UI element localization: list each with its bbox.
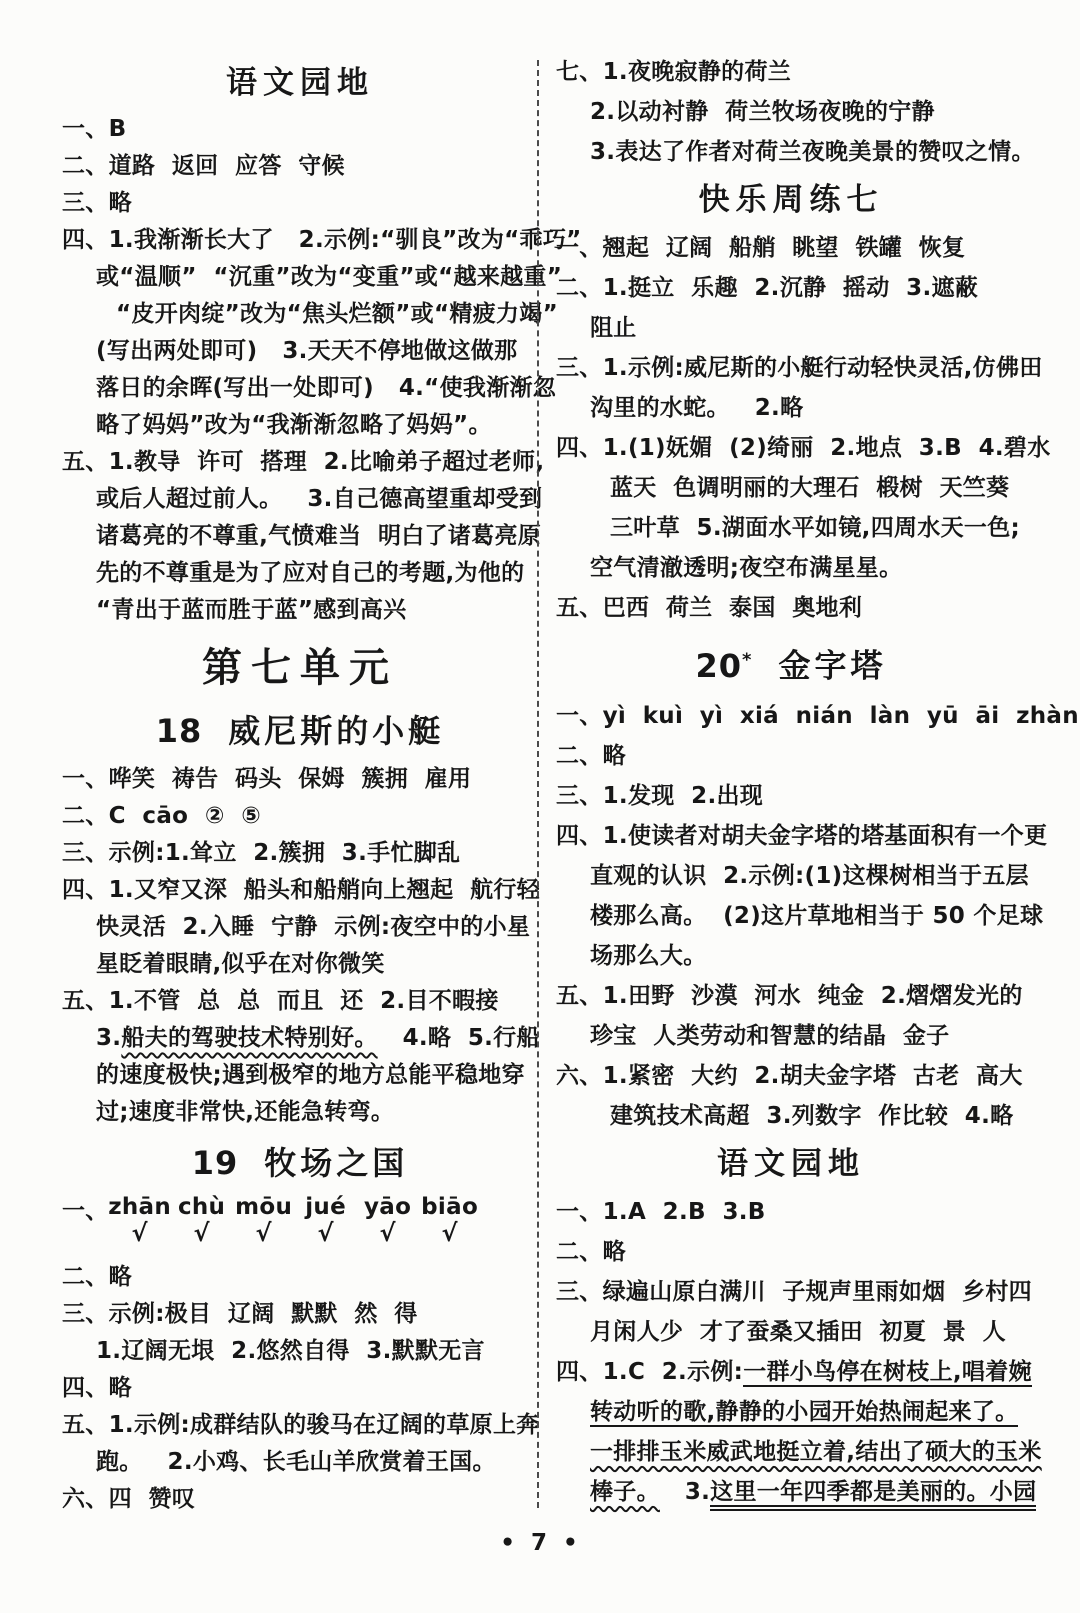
- answer-text: 3.: [96, 1025, 121, 1051]
- answer-line: 转动听的歌,静静的小园开始热闹起来了。: [556, 1392, 1026, 1432]
- answer-line: 快灵活 2.入睡 宁静 示例:夜空中的小星: [62, 909, 538, 946]
- pinyin-text: jué: [305, 1193, 346, 1221]
- answer-line: 六、四 赞叹: [62, 1481, 538, 1518]
- answer-line: 一、翘起 辽阔 船艄 眺望 铁罐 恢复: [556, 228, 1026, 268]
- answer-line: “青出于蓝而胜于蓝”感到高兴: [62, 592, 538, 629]
- answer-text: 快灵活 2.入睡 宁静 示例:夜空中的小星: [96, 914, 530, 940]
- answer-line: 六、1.紧密 大约 2.胡夫金字塔 古老 高大: [556, 1056, 1026, 1096]
- answer-text: 三、1.示例:威尼斯的小艇行动轻快灵活,仿佛田: [556, 355, 1043, 381]
- answer-text: 月闲人少 才了蚕桑又插田 初夏 景 人: [590, 1319, 1006, 1345]
- column-divider: [537, 60, 539, 1508]
- answer-text: 一、: [62, 1193, 109, 1230]
- answer-line: 星眨着眼睛,似乎在对你微笑: [62, 946, 538, 983]
- answer-text: 四、1.C 2.示例:: [556, 1359, 743, 1385]
- answer-text: 的速度极快;遇到极窄的地方总能平稳地穿: [96, 1062, 525, 1088]
- answer-text: 略了妈妈”改为“我渐渐忽略了妈妈”。: [96, 412, 492, 438]
- answer-line: 三叶草 5.湖面水平如镜,四周水天一色;: [556, 508, 1026, 548]
- pinyin-text: yāo: [364, 1193, 411, 1221]
- answer-line: 3.船夫的驾驶技术特别好。 4.略 5.行船: [62, 1020, 538, 1057]
- answer-text: 二、1.挺立 乐趣 2.沉静 摇动 3.遮蔽: [556, 275, 978, 301]
- unit-heading: 第七单元: [62, 637, 538, 699]
- checkmark-icon: √: [193, 1219, 209, 1247]
- section-heading: 语文园地: [62, 59, 538, 107]
- answer-line: 三、绿遍山原白满川 子规声里雨如烟 乡村四: [556, 1272, 1026, 1312]
- answer-text: 六、四 赞叹: [62, 1486, 195, 1512]
- answer-text: 诸葛亮的不尊重,气愤难当 明白了诸葛亮原: [96, 523, 541, 549]
- answer-line: 或后人超过前人。 3.自己德高望重却受到: [62, 481, 538, 518]
- answer-line: 棒子。 3.这里一年四季都是美丽的。小园: [556, 1472, 1026, 1512]
- answer-line: (写出两处即可) 3.天天不停地做这做那: [62, 333, 538, 370]
- answer-text: 3.: [660, 1479, 710, 1505]
- answer-text: 二、略: [556, 1239, 626, 1265]
- answer-line: 五、1.示例:成群结队的骏马在辽阔的草原上奔: [62, 1407, 538, 1444]
- answer-text: 二、C cāo ② ⑤: [62, 803, 261, 829]
- section-heading: 语文园地: [556, 1140, 1026, 1188]
- answer-text: 2.以动衬静 荷兰牧场夜晚的宁静: [590, 99, 935, 125]
- answer-line: 五、1.教导 许可 搭理 2.比喻弟子超过老师,: [62, 444, 538, 481]
- answer-line: 过;速度非常快,还能急转弯。: [62, 1094, 538, 1131]
- answer-line: 沟里的水蛇。 2.略: [556, 388, 1026, 428]
- answer-text: “青出于蓝而胜于蓝”感到高兴: [96, 597, 406, 623]
- answer-text: 四、略: [62, 1375, 132, 1401]
- answer-line: 四、1.使读者对胡夫金字塔的塔基面积有一个更: [556, 816, 1026, 856]
- answer-text: 二、略: [556, 743, 626, 769]
- answer-text: 五、巴西 荷兰 泰国 奥地利: [556, 595, 862, 621]
- answer-text: 1.辽阔无垠 2.悠然自得 3.默默无言: [96, 1338, 485, 1364]
- answer-line: 珍宝 人类劳动和智慧的结晶 金子: [556, 1016, 1026, 1056]
- answer-line: 2.以动衬静 荷兰牧场夜晚的宁静: [556, 92, 1026, 132]
- underlined-answer-text: 一排排玉米威武地挺立着,结出了硕大的玉米: [590, 1439, 1042, 1465]
- pinyin-answer-line: 一、zhān√chù√mōu√jué√yāo√biāo√: [62, 1193, 538, 1259]
- checkmark-icon: √: [441, 1219, 457, 1247]
- answer-line: 四、1.我渐渐长大了 2.示例:“驯良”改为“乖巧”: [62, 222, 538, 259]
- heading-text: 威尼斯的小艇: [228, 712, 444, 750]
- answer-text: 五、1.示例:成群结队的骏马在辽阔的草原上奔: [62, 1412, 540, 1438]
- answer-text: 四、1.又窄又深 船头和船艄向上翘起 航行轻: [62, 877, 540, 903]
- answer-line: 五、巴西 荷兰 泰国 奥地利: [556, 588, 1026, 628]
- answer-line: 一排排玉米威武地挺立着,结出了硕大的玉米: [556, 1432, 1026, 1472]
- underlined-answer-text: 小园: [990, 1479, 1037, 1511]
- answer-text: 珍宝 人类劳动和智慧的结晶 金子: [590, 1023, 949, 1049]
- answer-line: 四、1.(1)妩媚 (2)绮丽 2.地点 3.B 4.碧水: [556, 428, 1026, 468]
- answer-text: 二、略: [62, 1264, 132, 1290]
- answer-line: 1.辽阔无垠 2.悠然自得 3.默默无言: [62, 1333, 538, 1370]
- answer-text: 五、1.不管 总 总 而且 还 2.目不暇接: [62, 988, 499, 1014]
- pinyin-syllable: jué√: [295, 1193, 357, 1247]
- answer-text: 五、1.教导 许可 搭理 2.比喻弟子超过老师,: [62, 449, 544, 475]
- footer-page-number: 7: [531, 1530, 549, 1556]
- heading-text: 第七单元: [202, 645, 398, 691]
- pinyin-text: chù: [178, 1193, 225, 1221]
- answer-line: 四、1.又窄又深 船头和船艄向上翘起 航行轻: [62, 872, 538, 909]
- answer-line: 三、示例:1.耸立 2.簇拥 3.手忙脚乱: [62, 835, 538, 872]
- answer-line: 一、1.A 2.B 3.B: [556, 1192, 1026, 1232]
- answer-line: 二、1.挺立 乐趣 2.沉静 摇动 3.遮蔽: [556, 268, 1026, 308]
- answer-text: 三、1.发现 2.出现: [556, 783, 763, 809]
- answer-line: 先的不尊重是为了应对自己的考题,为他的: [62, 555, 538, 592]
- answer-line: 楼那么高。 (2)这片草地相当于 50 个足球: [556, 896, 1026, 936]
- answer-text: 三、示例:1.耸立 2.簇拥 3.手忙脚乱: [62, 840, 460, 866]
- checkmark-icon: √: [131, 1219, 147, 1247]
- answer-line: 四、略: [62, 1370, 538, 1407]
- lesson-number: 19: [192, 1144, 239, 1182]
- asterisk-mark: *: [742, 649, 752, 670]
- answer-line: 七、1.夜晚寂静的荷兰: [556, 52, 1026, 92]
- answer-key-page: 语文园地一、B二、道路 返回 应答 守候三、略四、1.我渐渐长大了 2.示例:“…: [0, 0, 1080, 1613]
- answer-text: 跑。 2.小鸡、长毛山羊欣赏着王国。: [96, 1449, 496, 1475]
- answer-text: 场那么大。: [590, 943, 707, 969]
- answer-text: 三叶草 5.湖面水平如镜,四周水天一色;: [610, 515, 1020, 541]
- answer-text: 四、1.使读者对胡夫金字塔的塔基面积有一个更: [556, 823, 1047, 849]
- answer-line: 的速度极快;遇到极窄的地方总能平稳地穿: [62, 1057, 538, 1094]
- answer-line: 一、yì kuì yì xiá nián làn yū āi zhàn: [556, 696, 1026, 736]
- pinyin-syllable: biāo√: [419, 1193, 481, 1247]
- answer-text: 四、1.(1)妩媚 (2)绮丽 2.地点 3.B 4.碧水: [556, 435, 1051, 461]
- answer-text: 三、略: [62, 190, 132, 216]
- lesson-heading: 20*金字塔: [556, 632, 1026, 694]
- answer-text: 建筑技术高超 3.列数字 作比较 4.略: [610, 1103, 1013, 1129]
- answer-line: 蓝天 色调明丽的大理石 椴树 天竺葵: [556, 468, 1026, 508]
- lesson-heading: 19牧场之国: [62, 1135, 538, 1191]
- answer-line: 月闲人少 才了蚕桑又插田 初夏 景 人: [556, 1312, 1026, 1352]
- answer-text: 3.表达了作者对荷兰夜晚美景的赞叹之情。: [590, 139, 1035, 165]
- answer-text: “皮开肉绽”改为“焦头烂额”或“精疲力竭”: [116, 301, 558, 327]
- answer-text: 二、道路 返回 应答 守候: [62, 153, 345, 179]
- answer-text: 一、B: [62, 116, 126, 142]
- answer-text: 一、哗笑 祷告 码头 保姆 簇拥 雇用: [62, 766, 471, 792]
- heading-text: 语文园地: [226, 65, 374, 101]
- answer-text: 4.略 5.行船: [378, 1025, 540, 1051]
- answer-line: 二、道路 返回 应答 守候: [62, 148, 538, 185]
- answer-line: 二、略: [556, 736, 1026, 776]
- answer-line: 3.表达了作者对荷兰夜晚美景的赞叹之情。: [556, 132, 1026, 172]
- left-column: 语文园地一、B二、道路 返回 应答 守候三、略四、1.我渐渐长大了 2.示例:“…: [62, 55, 538, 1518]
- pinyin-text: biāo: [421, 1193, 478, 1221]
- underlined-answer-text: 转动听的歌,静静的小园开始热闹起来了。: [590, 1399, 1018, 1427]
- heading-text: 快乐周练七: [699, 182, 884, 218]
- answer-line: 二、略: [62, 1259, 538, 1296]
- footer-dot-left: •: [500, 1530, 517, 1556]
- footer-dot-right: •: [563, 1530, 580, 1556]
- answer-line: 二、C cāo ② ⑤: [62, 798, 538, 835]
- right-column: 七、1.夜晚寂静的荷兰2.以动衬静 荷兰牧场夜晚的宁静3.表达了作者对荷兰夜晚美…: [556, 52, 1026, 1512]
- answer-line: 诸葛亮的不尊重,气愤难当 明白了诸葛亮原: [62, 518, 538, 555]
- answer-text: 四、1.我渐渐长大了 2.示例:“驯良”改为“乖巧”: [62, 227, 582, 253]
- underlined-answer-text: 船夫的驾驶技术特别好。: [121, 1025, 377, 1051]
- answer-text: 三、示例:极目 辽阔 默默 然 得: [62, 1301, 418, 1327]
- pinyin-syllable: zhān√: [109, 1193, 171, 1247]
- checkmark-icon: √: [317, 1219, 333, 1247]
- answer-line: 三、示例:极目 辽阔 默默 然 得: [62, 1296, 538, 1333]
- answer-text: 星眨着眼睛,似乎在对你微笑: [96, 951, 385, 977]
- answer-text: 一、1.A 2.B 3.B: [556, 1199, 766, 1225]
- answer-text: 五、1.田野 沙漠 河水 纯金 2.熠熠发光的: [556, 983, 1023, 1009]
- pinyin-syllable: mōu√: [233, 1193, 295, 1247]
- underlined-answer-text: 这里一年四季都是美丽的。: [710, 1479, 990, 1511]
- answer-line: “皮开肉绽”改为“焦头烂额”或“精疲力竭”: [62, 296, 538, 333]
- answer-text: (写出两处即可) 3.天天不停地做这做那: [96, 338, 517, 364]
- underlined-answer-text: 一群小鸟停在树枝上,唱着婉: [743, 1359, 1032, 1387]
- page-number: •7•: [0, 1530, 1080, 1556]
- pinyin-syllable: chù√: [171, 1193, 233, 1247]
- lesson-heading: 18威尼斯的小艇: [62, 703, 538, 759]
- answer-text: 阻止: [590, 315, 637, 341]
- answer-line: 略了妈妈”改为“我渐渐忽略了妈妈”。: [62, 407, 538, 444]
- answer-line: 或“温顺” “沉重”改为“变重”或“越来越重”: [62, 259, 538, 296]
- heading-text: 金字塔: [778, 647, 886, 685]
- answer-line: 落日的余晖(写出一处即可) 4.“使我渐渐忽: [62, 370, 538, 407]
- answer-text: 先的不尊重是为了应对自己的考题,为他的: [96, 560, 524, 586]
- answer-text: 或“温顺” “沉重”改为“变重”或“越来越重”: [96, 264, 562, 290]
- answer-text: 七、1.夜晚寂静的荷兰: [556, 59, 791, 85]
- answer-line: 建筑技术高超 3.列数字 作比较 4.略: [556, 1096, 1026, 1136]
- answer-text: 空气清澈透明;夜空布满星星。: [590, 555, 902, 581]
- answer-line: 场那么大。: [556, 936, 1026, 976]
- answer-line: 直观的认识 2.示例:(1)这棵树相当于五层: [556, 856, 1026, 896]
- answer-line: 一、B: [62, 111, 538, 148]
- answer-text: 直观的认识 2.示例:(1)这棵树相当于五层: [590, 863, 1029, 889]
- lesson-number: 18: [156, 712, 203, 750]
- pinyin-syllable: yāo√: [357, 1193, 419, 1247]
- pinyin-text: zhān: [108, 1193, 171, 1221]
- answer-text: 楼那么高。 (2)这片草地相当于 50 个足球: [590, 903, 1043, 929]
- pinyin-text: mōu: [235, 1193, 292, 1221]
- answer-line: 五、1.不管 总 总 而且 还 2.目不暇接: [62, 983, 538, 1020]
- answer-text: 一、yì kuì yì xiá nián làn yū āi zhàn: [556, 703, 1079, 729]
- answer-line: 空气清澈透明;夜空布满星星。: [556, 548, 1026, 588]
- answer-text: 沟里的水蛇。 2.略: [590, 395, 803, 421]
- answer-line: 一、哗笑 祷告 码头 保姆 簇拥 雇用: [62, 761, 538, 798]
- answer-line: 四、1.C 2.示例:一群小鸟停在树枝上,唱着婉: [556, 1352, 1026, 1392]
- lesson-number: 20*: [696, 647, 753, 685]
- answer-line: 跑。 2.小鸡、长毛山羊欣赏着王国。: [62, 1444, 538, 1481]
- answer-line: 三、略: [62, 185, 538, 222]
- answer-line: 五、1.田野 沙漠 河水 纯金 2.熠熠发光的: [556, 976, 1026, 1016]
- answer-text: 过;速度非常快,还能急转弯。: [96, 1099, 394, 1125]
- answer-line: 三、1.示例:威尼斯的小艇行动轻快灵活,仿佛田: [556, 348, 1026, 388]
- answer-text: 或后人超过前人。 3.自己德高望重却受到: [96, 486, 542, 512]
- checkmark-icon: √: [379, 1219, 395, 1247]
- section-heading: 快乐周练七: [556, 176, 1026, 224]
- answer-text: 落日的余晖(写出一处即可) 4.“使我渐渐忽: [96, 375, 556, 401]
- answer-line: 阻止: [556, 308, 1026, 348]
- answer-text: 一、翘起 辽阔 船艄 眺望 铁罐 恢复: [556, 235, 965, 261]
- answer-text: 三、绿遍山原白满川 子规声里雨如烟 乡村四: [556, 1279, 1032, 1305]
- answer-text: 蓝天 色调明丽的大理石 椴树 天竺葵: [610, 475, 1009, 501]
- heading-text: 语文园地: [717, 1146, 865, 1182]
- checkmark-icon: √: [255, 1219, 271, 1247]
- heading-text: 牧场之国: [264, 1144, 408, 1182]
- answer-line: 二、略: [556, 1232, 1026, 1272]
- underlined-answer-text: 棒子。: [590, 1479, 660, 1505]
- answer-text: 六、1.紧密 大约 2.胡夫金字塔 古老 高大: [556, 1063, 1023, 1089]
- answer-line: 三、1.发现 2.出现: [556, 776, 1026, 816]
